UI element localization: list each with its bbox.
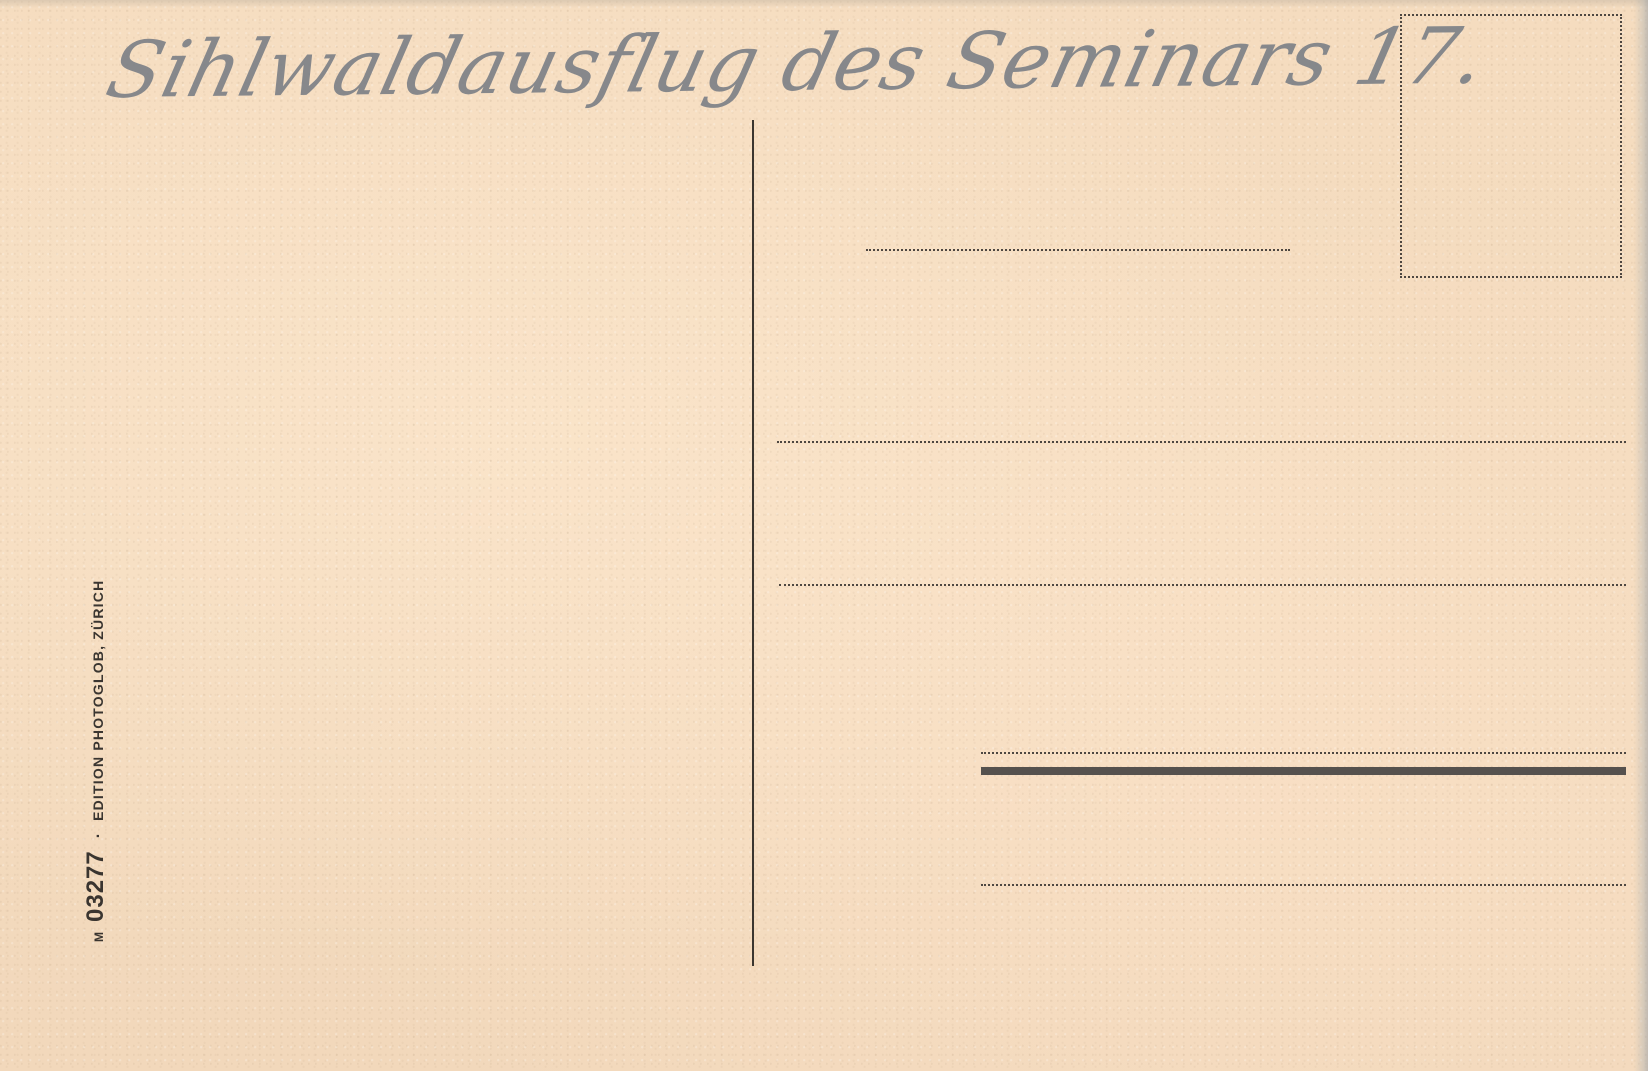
- publisher-imprint: M 03277 · EDITION PHOTOGLOB, ZÜRICH: [82, 580, 110, 942]
- handwritten-note: Sihlwaldausflug des Seminars 17.: [99, 12, 1496, 116]
- center-divider-line: [752, 120, 754, 966]
- destination-underline: [981, 767, 1626, 775]
- address-line-5: [981, 884, 1626, 886]
- publisher-name: EDITION PHOTOGLOB, ZÜRICH: [90, 580, 106, 821]
- torn-top-edge: [0, 0, 1648, 8]
- address-line-4: [981, 752, 1626, 754]
- postcard-back: Sihlwaldausflug des Seminars 17. M 03277…: [0, 0, 1648, 1071]
- imprint-prefix: M: [92, 932, 106, 942]
- address-line-3: [779, 584, 1626, 586]
- stamp-box: [1400, 14, 1622, 278]
- card-number: 03277: [82, 850, 110, 922]
- card-edge-shadow: [1634, 0, 1648, 1071]
- address-line-2: [777, 441, 1626, 443]
- imprint-separator: ·: [90, 833, 108, 838]
- address-line-1: [866, 249, 1290, 251]
